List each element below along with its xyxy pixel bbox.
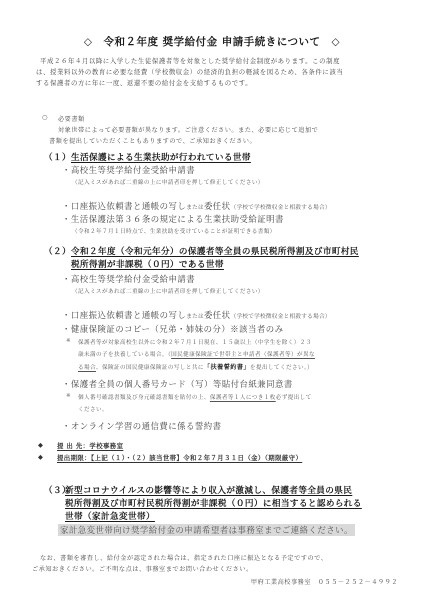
document-title: ◇ 令和２年度 奨学給付金 申請手続きについて ◇ xyxy=(0,34,424,49)
section-2-heading-line-1: 令和２年度（令和元年分）の保護者等全員の県民税所得割及び市町村民 xyxy=(71,245,359,257)
section-1-item-application: ・高校生等奨学給付金受給申請書 xyxy=(62,164,195,176)
diamond-bullet-icon: ◆ xyxy=(38,441,43,449)
section-2-item-health-insurance: ・健康保険証のコピー（兄弟・姉妹の分）※該当者のみ xyxy=(62,323,284,335)
footer-contact: 甲府工業高校事務室 ０５５－２５２－４９９２ xyxy=(251,577,398,586)
intro-line-1: 平成２６年４月以降に入学した生徒保護者等を対象とした奨学給付金制度があります。こ… xyxy=(40,56,340,65)
section-2-item-online-pledge: ・オンライン学習の通信費に係る誓約書 xyxy=(62,420,222,432)
section-3-heading-line-3: 世帯（家計急変世帯） xyxy=(65,510,155,522)
health-insurance-note-line-3: る場合、保険証の国民健康保険証の写しと共に「扶養誓約書」を提出してください。） xyxy=(78,362,313,371)
section-1-item-bank: ・口座振込依頼書と通帳の写しまたは委任状（学校で学校徴収金と相殺する場合） xyxy=(62,194,331,213)
section-1-heading: 生活保護による生業扶助が行われている世帯 xyxy=(71,151,251,163)
section-2-item-application-note: （記入ミスがあれば二重線の上に申請者印を押して修正してください） xyxy=(72,287,264,295)
section-3-heading-line-2: 税所得割及び市町村民税所得割が非課税（０円）に相当すると認められる xyxy=(65,497,362,509)
my-number-note-line-1: 個人番号確認書類及び身元確認書類を貼付の上、保護者等１人につき１枚必ず提出して xyxy=(78,393,312,401)
required-docs-line-1: 対象世帯によって必要書類が異なります。ご注意ください。また、必要に応じて追加で xyxy=(58,125,318,134)
circle-bullet-icon: ○ xyxy=(42,114,48,121)
health-insurance-note-line-1: 保護者等が対象高校生以外に令和２年７月１日現在、１５歳以上（中学生を除く）２３ xyxy=(78,338,312,346)
my-number-note-line-2: ください。 xyxy=(78,405,108,413)
footer-line-2: ご承知おきください。ご不明な点は、事務室までお問い合わせください。 xyxy=(32,564,253,573)
section-3-highlight-notice: 家計急変世帯向け奨学給付金の申請希望者は事務室までご連絡ください。 xyxy=(58,524,355,536)
submission-destination: 提 出 先：学校事務室 xyxy=(57,441,123,450)
section-2-item-bank: ・口座振込依頼書と通帳の写しまたは委任状（学校で学校徴収金と相殺する場合） xyxy=(62,303,331,322)
submission-deadline: 提出期限：【上記（１）・（２）該当世帯】令和２年７月３１日（金）（期限厳守） xyxy=(57,453,302,462)
section-2-heading-line-2: 税所得割が非課税（０円）である世帯 xyxy=(71,258,224,270)
section-2-item-my-number: ・保護者全員の個人番号カード（写）等貼付台紙兼同意書 xyxy=(62,378,293,390)
section-1-item-certificate-note: （令和２年７月１日時点で、生業扶助を受けていることが証明できる書類） xyxy=(72,227,276,235)
intro-line-3: する保護者の方に年に一度、返還不要の給付金を支給するものです。 xyxy=(36,78,252,87)
required-docs-heading: 必要書類 xyxy=(58,114,85,123)
intro-line-2: は、授業料以外の教育に必要な経費（学校徴収金）の経済的負担の軽減を図るため、各条… xyxy=(36,67,343,76)
note-mark: ※ xyxy=(66,393,71,399)
diamond-bullet-icon: ◆ xyxy=(38,453,43,461)
footer-line-1: なお、書類を審査し、給付金が認定された場合は、指定された口座に振込となる予定です… xyxy=(40,553,327,562)
section-2-item-application: ・高校生等奨学給付金受給申請書 xyxy=(62,273,195,285)
section-1-item-certificate: ・生活保護法第３６条の規定による生業扶助受給証明書 xyxy=(62,213,284,225)
document-page: ◇ 令和２年度 奨学給付金 申請手続きについて ◇ 平成２６年４月以降に入学した… xyxy=(0,0,424,600)
section-3-heading-line-1: 新型コロナウイルスの影響等により収入が激減し、保護者等全員の県民 xyxy=(65,484,352,496)
note-mark: ※ xyxy=(66,338,71,344)
section-1-item-application-note: （記入ミスがあれば二重線の上に申請者印を押して修正してください） xyxy=(72,178,264,186)
section-1-number: （１） xyxy=(44,151,71,163)
section-2-number: （２） xyxy=(44,245,71,257)
health-insurance-note-line-2: 歳未満の子を扶養している場合。（国民健康保険証で世帯主と申請者（保護者等）が異な xyxy=(78,350,315,358)
required-docs-line-2: 書類を提出していただくこともありますので、ご承知おきください。 xyxy=(49,136,256,145)
